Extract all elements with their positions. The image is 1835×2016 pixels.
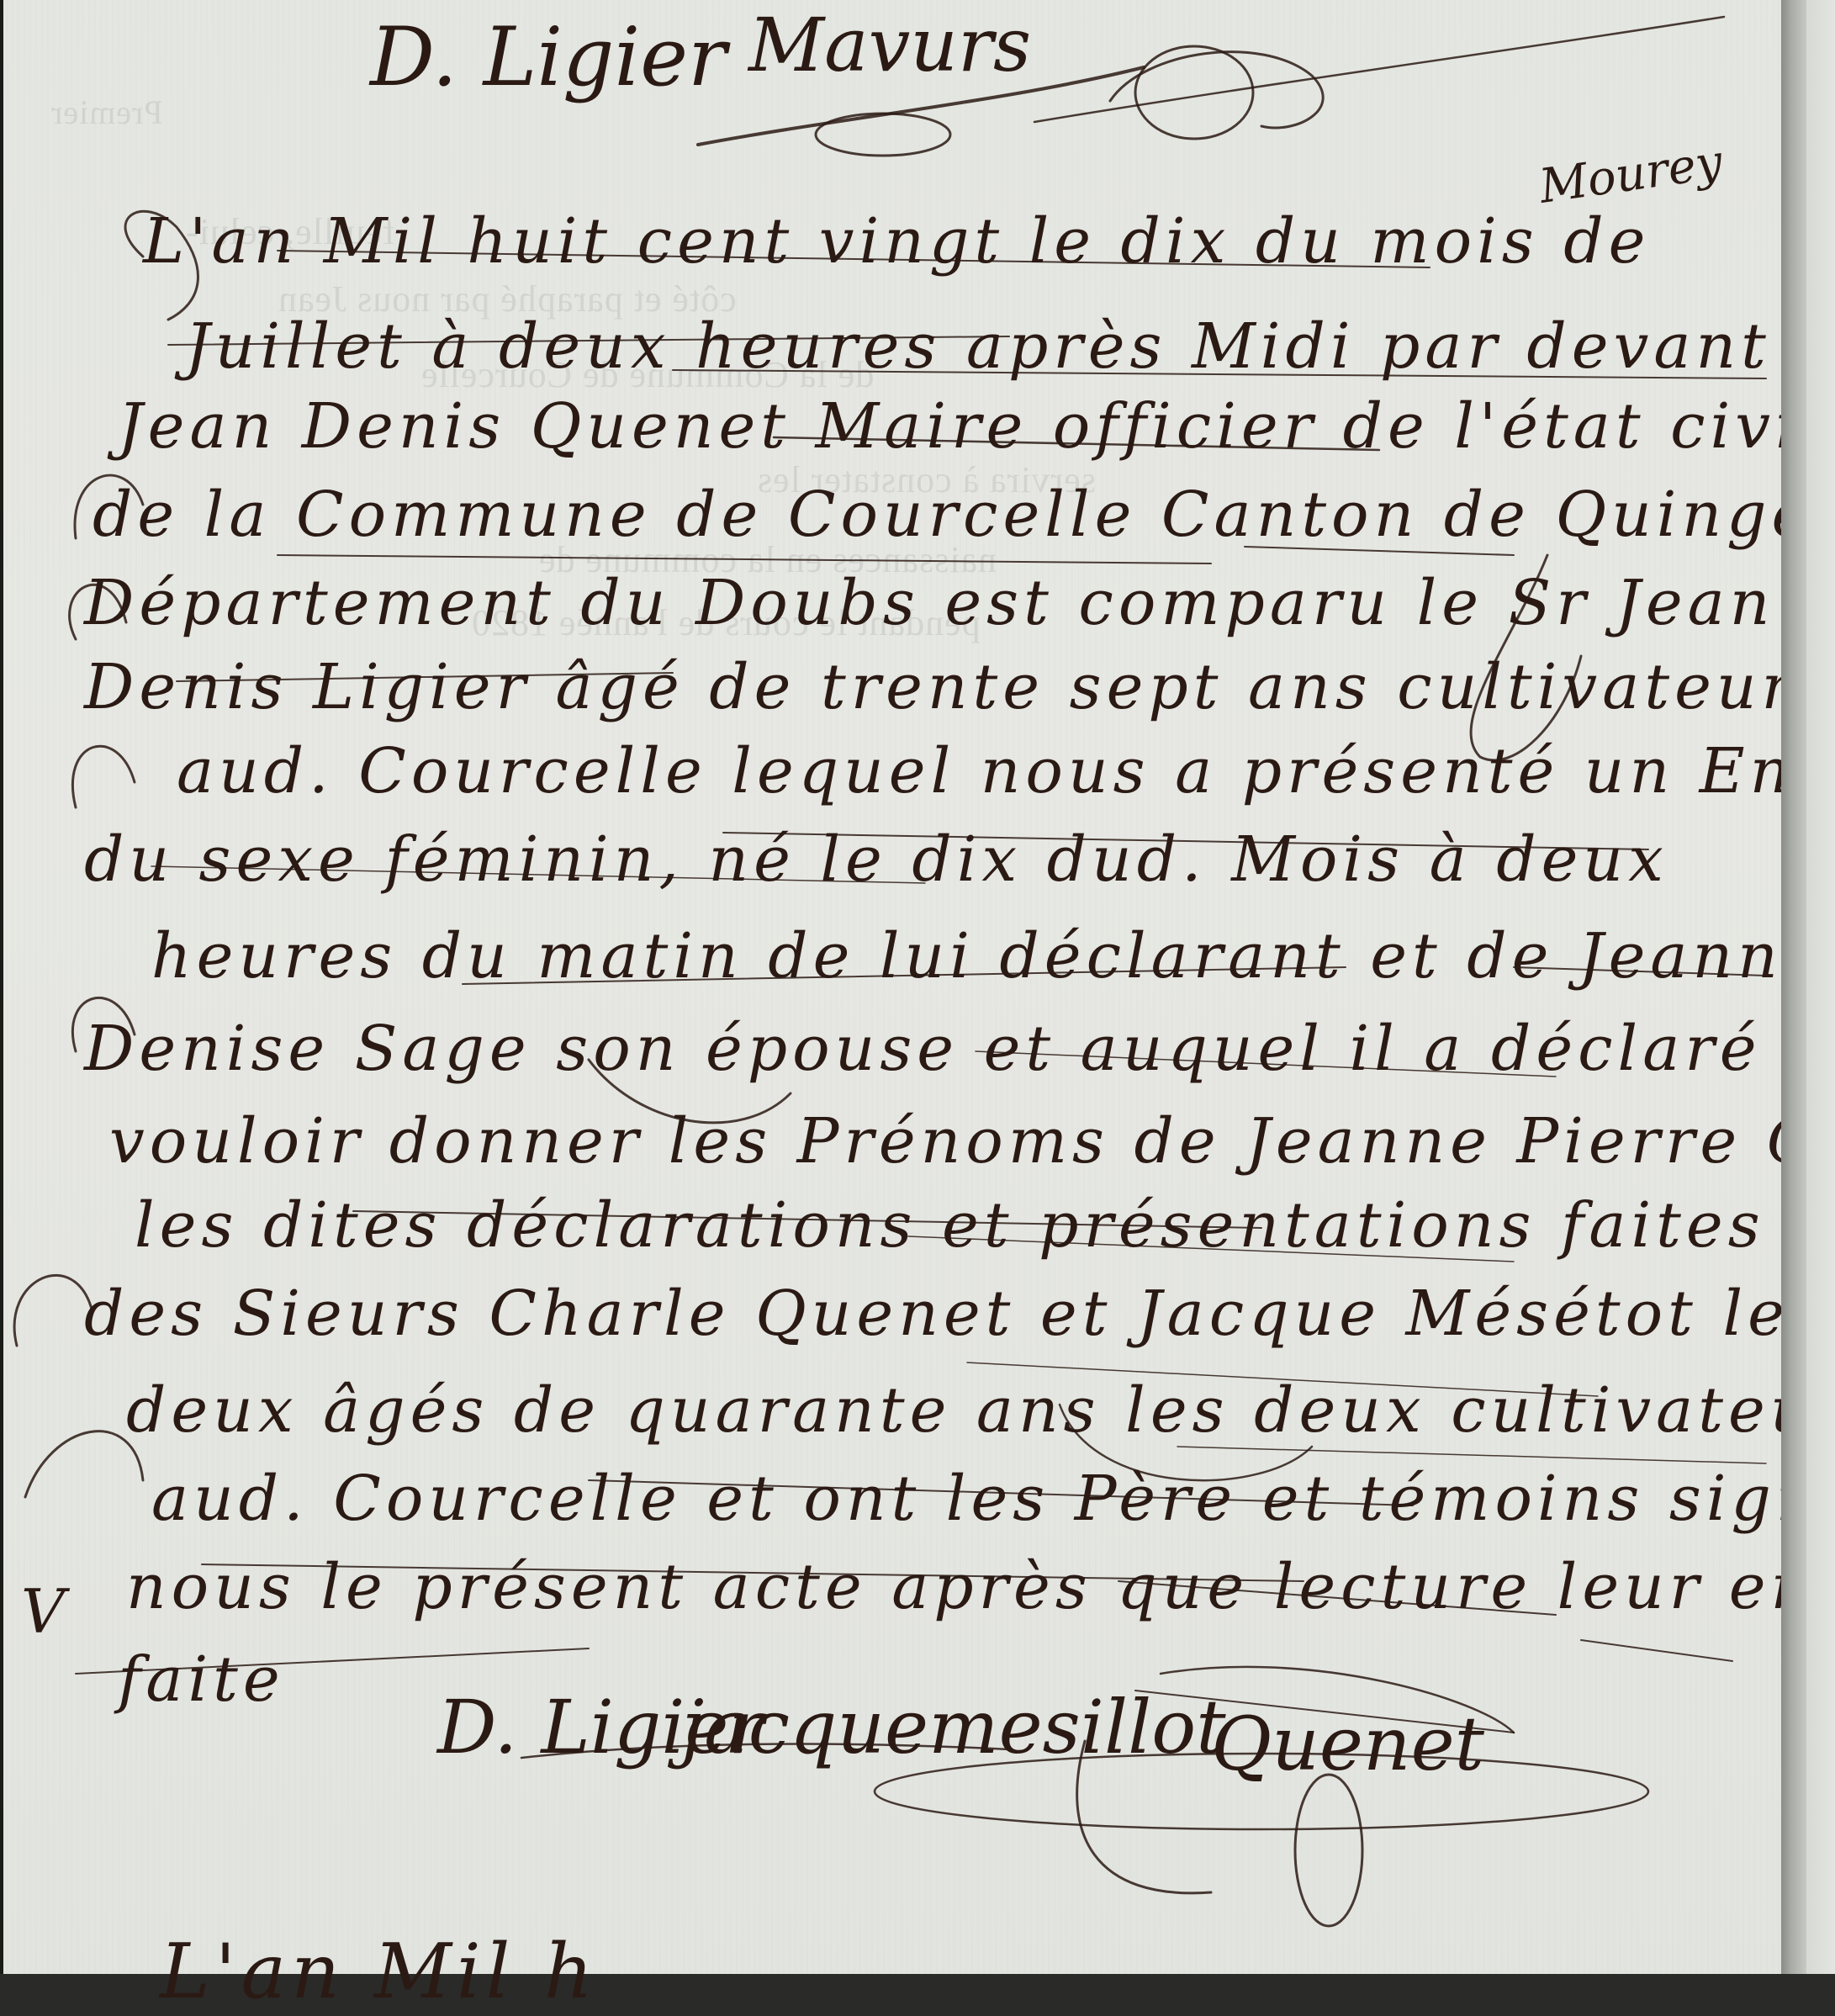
record-line-16: nous le présent acte après que lecture l… <box>126 1556 1835 1618</box>
footer-signature-quenet: Quenet <box>1211 1707 1484 1781</box>
record-line-10: Denise Sage son épouse et auquel il a dé… <box>84 1018 1762 1080</box>
record-line-2: Juillet à deux heures après Midi par dev… <box>185 315 1835 378</box>
binding-gutter <box>1781 0 1806 1974</box>
record-line-11: vouloir donner les Prénoms de Jeanne Pie… <box>109 1110 1835 1172</box>
record-line-5: Département du Doubs est comparu le Sr J… <box>84 572 1774 634</box>
document-page: Premier feuille, celui- côté et paraphé … <box>0 0 1800 1974</box>
record-line-3: Jean Denis Quenet Maire officier de l'ét… <box>118 395 1825 458</box>
record-line-7: aud. Courcelle lequel nous a présenté un… <box>177 740 1835 802</box>
record-line-6: Denis Ligier âgé de trente sept ans cult… <box>84 656 1796 718</box>
margin-mark: V <box>21 1581 65 1642</box>
record-line-4: de la Commune de Courcelle Canton de Qui… <box>93 484 1835 546</box>
footer-signature-jacquemesillot: jacquemesillot <box>681 1691 1226 1765</box>
adjacent-page-edge <box>1806 0 1835 1974</box>
header-signature-ligier: D. Ligier <box>370 17 727 98</box>
record-line-15: aud. Courcelle et ont les Père et témoin… <box>151 1468 1835 1530</box>
record-line-1: L'an Mil huit cent vingt le dix du mois … <box>143 210 1650 273</box>
next-entry-fragment: L'an Mil h <box>160 1934 598 1974</box>
record-line-17: faite <box>118 1648 285 1711</box>
header-signature-mavurs: Mavurs <box>748 8 1031 82</box>
record-line-14: deux âgés de quarante ans les deux culti… <box>126 1379 1835 1442</box>
record-line-8: du sexe féminin, né le dix dud. Mois à d… <box>84 828 1668 891</box>
bleed-through-heading: Premier <box>50 93 163 132</box>
record-line-9: heures du matin de lui déclarant et de J… <box>151 925 1825 987</box>
page-left-edge <box>0 0 3 1974</box>
header-signature-mourey: Mourey <box>1536 139 1725 211</box>
record-line-13: des Sieurs Charle Quenet et Jacque Mését… <box>84 1283 1827 1345</box>
record-line-12: les dites déclarations et présentations … <box>135 1194 1835 1257</box>
